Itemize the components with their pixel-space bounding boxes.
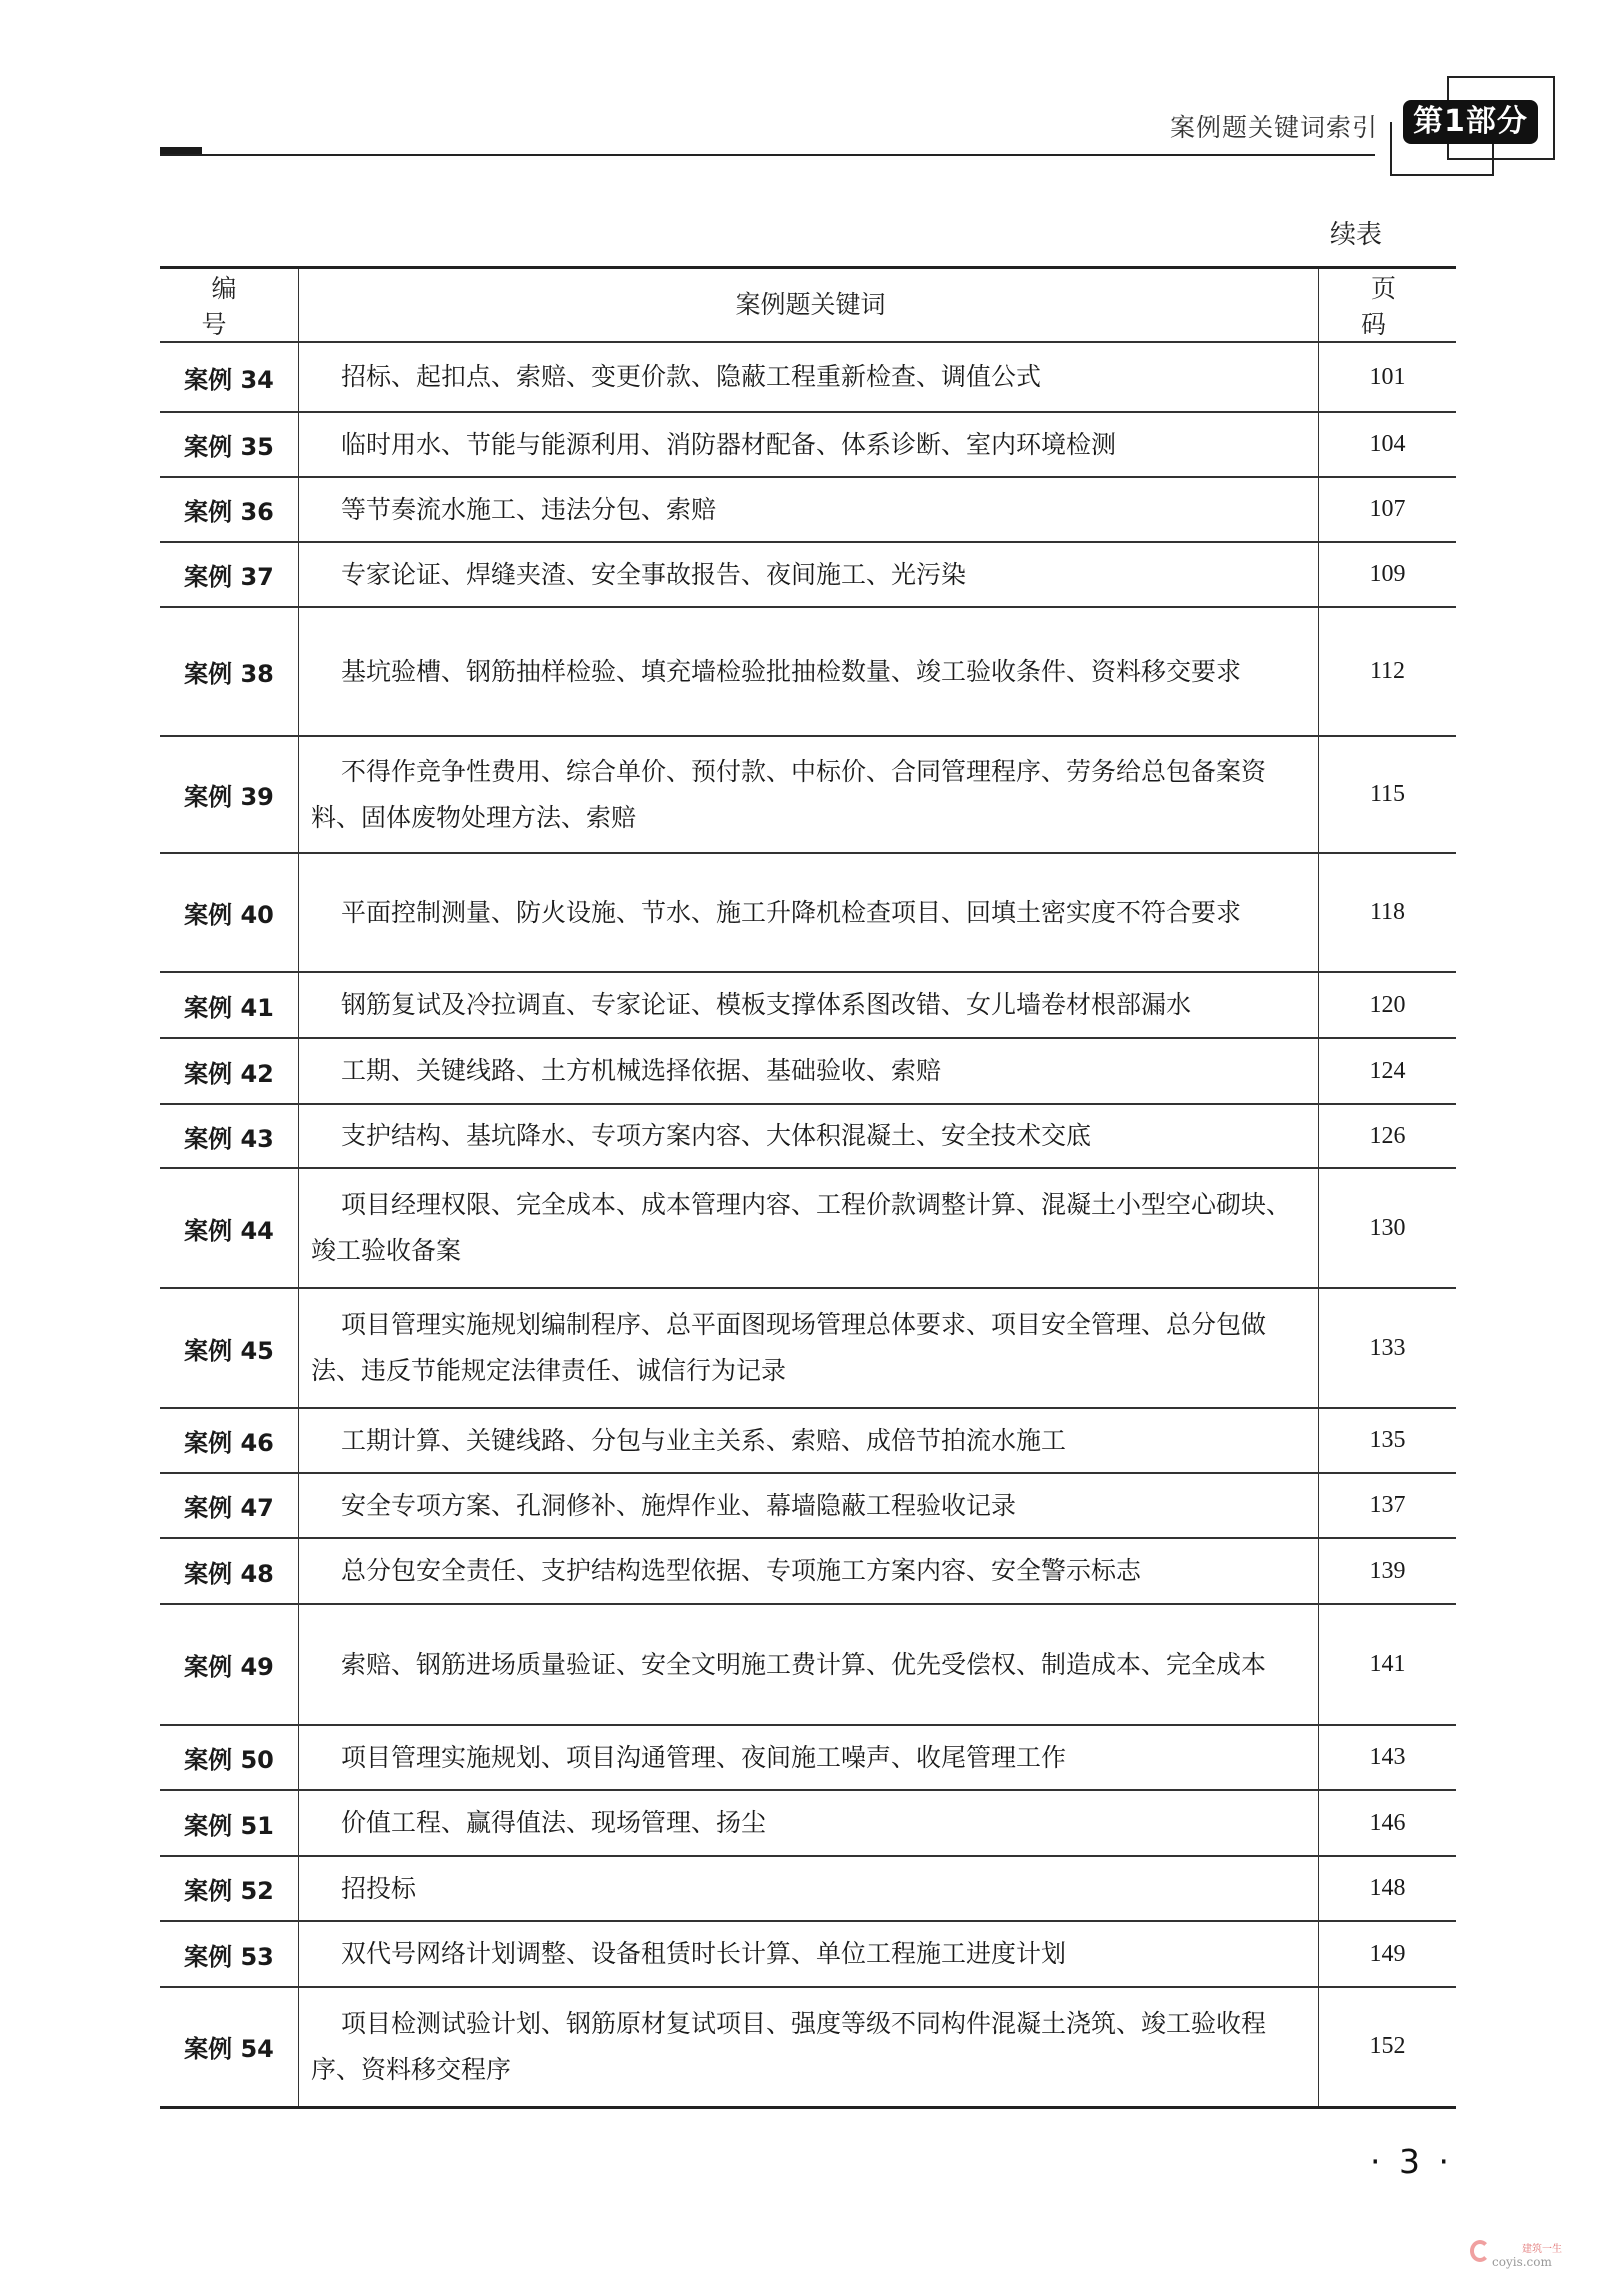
case-keywords: 专家论证、焊缝夹渣、安全事故报告、夜间施工、光污染 — [311, 552, 1310, 598]
case-keywords-cell: 支护结构、基坑降水、专项方案内容、大体积混凝土、安全技术交底 — [299, 1104, 1319, 1168]
table-row: 案例 48总分包安全责任、支护结构选型依据、专项施工方案内容、安全警示标志139 — [160, 1538, 1456, 1604]
table-row: 案例 53双代号网络计划调整、设备租赁时长计算、单位工程施工进度计划149 — [160, 1921, 1456, 1987]
running-header-title: 案例题关键词索引 — [1170, 108, 1378, 144]
watermark-logo-icon — [1470, 2240, 1490, 2262]
case-keywords: 不得作竞争性费用、综合单价、预付款、中标价、合同管理程序、劳务给总包备案资料、固… — [311, 749, 1310, 841]
case-page: 137 — [1319, 1473, 1457, 1538]
case-id: 案例 38 — [160, 607, 299, 736]
page-number: · 3 · — [1370, 2142, 1453, 2181]
table-row: 案例 49索赔、钢筋进场质量验证、安全文明施工费计算、优先受偿权、制造成本、完全… — [160, 1604, 1456, 1725]
case-id: 案例 54 — [160, 1987, 299, 2107]
case-page: 112 — [1319, 607, 1457, 736]
case-keywords: 索赔、钢筋进场质量验证、安全文明施工费计算、优先受偿权、制造成本、完全成本 — [311, 1642, 1310, 1688]
case-page: 135 — [1319, 1408, 1457, 1473]
case-keywords-cell: 钢筋复试及冷拉调直、专家论证、模板支撑体系图改错、女儿墙卷材根部漏水 — [299, 972, 1319, 1038]
case-page: 141 — [1319, 1604, 1457, 1725]
case-page: 109 — [1319, 542, 1457, 607]
case-page: 146 — [1319, 1790, 1457, 1856]
case-keywords-cell: 专家论证、焊缝夹渣、安全事故报告、夜间施工、光污染 — [299, 542, 1319, 607]
table-row: 案例 45项目管理实施规划编制程序、总平面图现场管理总体要求、项目安全管理、总分… — [160, 1288, 1456, 1408]
table-row: 案例 51价值工程、赢得值法、现场管理、扬尘146 — [160, 1790, 1456, 1856]
column-header-id: 编 号 — [160, 268, 299, 343]
continued-label: 续表 — [1330, 214, 1382, 251]
table-row: 案例 38基坑验槽、钢筋抽样检验、填充墙检验批抽检数量、竣工验收条件、资料移交要… — [160, 607, 1456, 736]
case-id: 案例 47 — [160, 1473, 299, 1538]
watermark-cn: 建筑一生 — [1522, 2240, 1562, 2255]
table-row: 案例 42工期、关键线路、土方机械选择依据、基础验收、索赔124 — [160, 1038, 1456, 1104]
case-keywords: 安全专项方案、孔洞修补、施焊作业、幕墙隐蔽工程验收记录 — [311, 1483, 1310, 1529]
case-keywords: 项目经理权限、完全成本、成本管理内容、工程价款调整计算、混凝土小型空心砌块、竣工… — [311, 1182, 1310, 1274]
case-page: 107 — [1319, 477, 1457, 542]
case-page: 143 — [1319, 1725, 1457, 1790]
case-keywords-cell: 价值工程、赢得值法、现场管理、扬尘 — [299, 1790, 1319, 1856]
table-row: 案例 43支护结构、基坑降水、专项方案内容、大体积混凝土、安全技术交底126 — [160, 1104, 1456, 1168]
case-keywords: 总分包安全责任、支护结构选型依据、专项施工方案内容、安全警示标志 — [311, 1548, 1310, 1594]
case-keywords: 双代号网络计划调整、设备租赁时长计算、单位工程施工进度计划 — [311, 1931, 1310, 1977]
case-keywords-cell: 等节奏流水施工、违法分包、索赔 — [299, 477, 1319, 542]
case-id: 案例 44 — [160, 1168, 299, 1288]
case-keywords: 招标、起扣点、索赔、变更价款、隐蔽工程重新检查、调值公式 — [311, 354, 1310, 400]
case-page: 120 — [1319, 972, 1457, 1038]
header-rule — [160, 154, 1375, 156]
case-id: 案例 50 — [160, 1725, 299, 1790]
case-id: 案例 34 — [160, 342, 299, 412]
case-id: 案例 40 — [160, 853, 299, 972]
case-keywords-cell: 项目经理权限、完全成本、成本管理内容、工程价款调整计算、混凝土小型空心砌块、竣工… — [299, 1168, 1319, 1288]
case-id: 案例 36 — [160, 477, 299, 542]
table-row: 案例 36等节奏流水施工、违法分包、索赔107 — [160, 477, 1456, 542]
case-keywords-cell: 基坑验槽、钢筋抽样检验、填充墙检验批抽检数量、竣工验收条件、资料移交要求 — [299, 607, 1319, 736]
case-keywords: 支护结构、基坑降水、专项方案内容、大体积混凝土、安全技术交底 — [311, 1113, 1310, 1159]
case-keywords: 临时用水、节能与能源利用、消防器材配备、体系诊断、室内环境检测 — [311, 422, 1310, 468]
case-keywords: 基坑验槽、钢筋抽样检验、填充墙检验批抽检数量、竣工验收条件、资料移交要求 — [311, 649, 1310, 695]
case-keywords-cell: 招标、起扣点、索赔、变更价款、隐蔽工程重新检查、调值公式 — [299, 342, 1319, 412]
case-page: 133 — [1319, 1288, 1457, 1408]
case-page: 124 — [1319, 1038, 1457, 1104]
case-keywords-cell: 双代号网络计划调整、设备租赁时长计算、单位工程施工进度计划 — [299, 1921, 1319, 1987]
case-id: 案例 42 — [160, 1038, 299, 1104]
case-page: 101 — [1319, 342, 1457, 412]
case-page: 149 — [1319, 1921, 1457, 1987]
case-id: 案例 49 — [160, 1604, 299, 1725]
table-row: 案例 41钢筋复试及冷拉调直、专家论证、模板支撑体系图改错、女儿墙卷材根部漏水1… — [160, 972, 1456, 1038]
case-keywords: 项目管理实施规划编制程序、总平面图现场管理总体要求、项目安全管理、总分包做法、违… — [311, 1302, 1310, 1394]
case-keywords: 工期、关键线路、土方机械选择依据、基础验收、索赔 — [311, 1048, 1310, 1094]
case-keywords: 平面控制测量、防火设施、节水、施工升降机检查项目、回填土密实度不符合要求 — [311, 890, 1310, 936]
column-header-page: 页 码 — [1319, 268, 1457, 343]
case-keywords: 价值工程、赢得值法、现场管理、扬尘 — [311, 1800, 1310, 1846]
case-keywords-cell: 平面控制测量、防火设施、节水、施工升降机检查项目、回填土密实度不符合要求 — [299, 853, 1319, 972]
part-badge: 第1部分 — [1403, 100, 1538, 144]
table-row: 案例 44项目经理权限、完全成本、成本管理内容、工程价款调整计算、混凝土小型空心… — [160, 1168, 1456, 1288]
table-row: 案例 35临时用水、节能与能源利用、消防器材配备、体系诊断、室内环境检测104 — [160, 412, 1456, 477]
table-header-row: 编 号 案例题关键词 页 码 — [160, 268, 1456, 343]
case-page: 118 — [1319, 853, 1457, 972]
case-keywords-cell: 工期、关键线路、土方机械选择依据、基础验收、索赔 — [299, 1038, 1319, 1104]
case-keywords: 钢筋复试及冷拉调直、专家论证、模板支撑体系图改错、女儿墙卷材根部漏水 — [311, 982, 1310, 1028]
case-keywords: 工期计算、关键线路、分包与业主关系、索赔、成倍节拍流水施工 — [311, 1418, 1310, 1464]
case-page: 139 — [1319, 1538, 1457, 1604]
case-id: 案例 37 — [160, 542, 299, 607]
watermark-url: coyis.com — [1492, 2255, 1552, 2269]
case-page: 130 — [1319, 1168, 1457, 1288]
case-id: 案例 43 — [160, 1104, 299, 1168]
case-page: 115 — [1319, 736, 1457, 853]
table-row: 案例 52招投标148 — [160, 1856, 1456, 1921]
case-keywords: 项目管理实施规划、项目沟通管理、夜间施工噪声、收尾管理工作 — [311, 1735, 1310, 1781]
table-row: 案例 50项目管理实施规划、项目沟通管理、夜间施工噪声、收尾管理工作143 — [160, 1725, 1456, 1790]
case-keywords-cell: 项目管理实施规划编制程序、总平面图现场管理总体要求、项目安全管理、总分包做法、违… — [299, 1288, 1319, 1408]
case-id: 案例 46 — [160, 1408, 299, 1473]
case-keywords-cell: 招投标 — [299, 1856, 1319, 1921]
case-keywords: 等节奏流水施工、违法分包、索赔 — [311, 487, 1310, 533]
keyword-index-table: 编 号 案例题关键词 页 码 案例 34招标、起扣点、索赔、变更价款、隐蔽工程重… — [160, 266, 1456, 2109]
case-keywords-cell: 工期计算、关键线路、分包与业主关系、索赔、成倍节拍流水施工 — [299, 1408, 1319, 1473]
case-page: 104 — [1319, 412, 1457, 477]
case-keywords-cell: 安全专项方案、孔洞修补、施焊作业、幕墙隐蔽工程验收记录 — [299, 1473, 1319, 1538]
table-row: 案例 37专家论证、焊缝夹渣、安全事故报告、夜间施工、光污染109 — [160, 542, 1456, 607]
case-id: 案例 39 — [160, 736, 299, 853]
table-row: 案例 54项目检测试验计划、钢筋原材复试项目、强度等级不同构件混凝土浇筑、竣工验… — [160, 1987, 1456, 2107]
table-row: 案例 34招标、起扣点、索赔、变更价款、隐蔽工程重新检查、调值公式101 — [160, 342, 1456, 412]
table-row: 案例 39不得作竞争性费用、综合单价、预付款、中标价、合同管理程序、劳务给总包备… — [160, 736, 1456, 853]
case-page: 152 — [1319, 1987, 1457, 2107]
case-keywords-cell: 临时用水、节能与能源利用、消防器材配备、体系诊断、室内环境检测 — [299, 412, 1319, 477]
case-keywords-cell: 总分包安全责任、支护结构选型依据、专项施工方案内容、安全警示标志 — [299, 1538, 1319, 1604]
case-id: 案例 48 — [160, 1538, 299, 1604]
case-keywords-cell: 项目检测试验计划、钢筋原材复试项目、强度等级不同构件混凝土浇筑、竣工验收程序、资… — [299, 1987, 1319, 2107]
case-id: 案例 53 — [160, 1921, 299, 1987]
column-header-keywords: 案例题关键词 — [299, 268, 1319, 343]
table-row: 案例 46工期计算、关键线路、分包与业主关系、索赔、成倍节拍流水施工135 — [160, 1408, 1456, 1473]
case-keywords: 招投标 — [311, 1866, 1310, 1912]
case-keywords-cell: 项目管理实施规划、项目沟通管理、夜间施工噪声、收尾管理工作 — [299, 1725, 1319, 1790]
case-keywords-cell: 索赔、钢筋进场质量验证、安全文明施工费计算、优先受偿权、制造成本、完全成本 — [299, 1604, 1319, 1725]
case-id: 案例 41 — [160, 972, 299, 1038]
table-row: 案例 40平面控制测量、防火设施、节水、施工升降机检查项目、回填土密实度不符合要… — [160, 853, 1456, 972]
table-row: 案例 47安全专项方案、孔洞修补、施焊作业、幕墙隐蔽工程验收记录137 — [160, 1473, 1456, 1538]
case-keywords: 项目检测试验计划、钢筋原材复试项目、强度等级不同构件混凝土浇筑、竣工验收程序、资… — [311, 2001, 1310, 2093]
case-keywords-cell: 不得作竞争性费用、综合单价、预付款、中标价、合同管理程序、劳务给总包备案资料、固… — [299, 736, 1319, 853]
case-page: 126 — [1319, 1104, 1457, 1168]
case-id: 案例 51 — [160, 1790, 299, 1856]
case-id: 案例 35 — [160, 412, 299, 477]
case-page: 148 — [1319, 1856, 1457, 1921]
case-id: 案例 52 — [160, 1856, 299, 1921]
watermark: 建筑一生 coyis.com — [1492, 2240, 1562, 2269]
case-id: 案例 45 — [160, 1288, 299, 1408]
